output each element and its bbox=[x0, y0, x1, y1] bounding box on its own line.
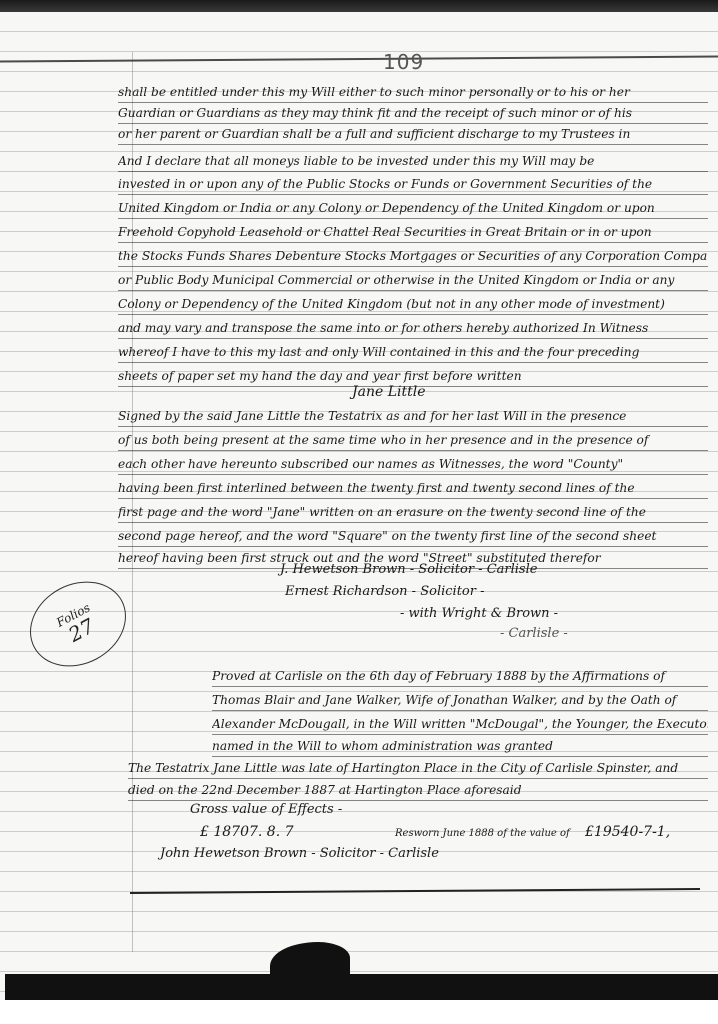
probate-line: named in the Will to whom administration… bbox=[212, 736, 708, 757]
attestation-line: each other have hereunto subscribed our … bbox=[118, 454, 708, 475]
gross-value: £ 18707. 8. 7 bbox=[200, 824, 294, 840]
body-line: or her parent or Guardian shall be a ful… bbox=[118, 124, 708, 145]
attestation-line: having been first interlined between the… bbox=[118, 478, 708, 499]
bottom-rule bbox=[130, 888, 700, 894]
body-line: shall be entitled under this my Will eit… bbox=[118, 82, 708, 103]
body-line: Freehold Copyhold Leasehold or Chattel R… bbox=[118, 222, 708, 243]
top-rule bbox=[0, 55, 718, 62]
body-line: Colony or Dependency of the United Kingd… bbox=[118, 294, 708, 315]
body-line: whereof I have to this my last and only … bbox=[118, 342, 708, 363]
witness-signature: J. Hewetson Brown - Solicitor - Carlisle bbox=[280, 562, 537, 577]
attestation-line: Signed by the said Jane Little the Testa… bbox=[118, 406, 708, 427]
solicitor-line: John Hewetson Brown - Solicitor - Carlis… bbox=[160, 846, 439, 861]
witness-firm: - with Wright & Brown - bbox=[400, 606, 558, 621]
body-line: United Kingdom or India or any Colony or… bbox=[118, 198, 708, 219]
attestation-line: of us both being present at the same tim… bbox=[118, 430, 708, 451]
document-page: 109 shall be entitled under this my Will… bbox=[0, 12, 718, 1012]
body-line: And I declare that all moneys liable to … bbox=[118, 151, 708, 172]
testatrix-line: died on the 22nd December 1887 at Hartin… bbox=[128, 780, 708, 801]
witness-location: - Carlisle - bbox=[500, 626, 568, 641]
probate-line: Proved at Carlisle on the 6th day of Feb… bbox=[212, 666, 708, 687]
scan-top-edge bbox=[0, 0, 718, 12]
body-line: and may vary and transpose the same into… bbox=[118, 318, 708, 339]
probate-line: Alexander McDougall, in the Will written… bbox=[212, 714, 708, 735]
testator-signature: Jane Little bbox=[352, 384, 426, 400]
body-line: Guardian or Guardians as they may think … bbox=[118, 103, 708, 124]
body-line: invested in or upon any of the Public St… bbox=[118, 174, 708, 195]
gross-value-label: Gross value of Effects - bbox=[190, 802, 342, 817]
attestation-line: second page hereof, and the word "Square… bbox=[118, 526, 708, 547]
probate-line: Thomas Blair and Jane Walker, Wife of Jo… bbox=[212, 690, 708, 711]
witness-signature: Ernest Richardson - Solicitor - bbox=[285, 584, 485, 599]
page-number: 109 bbox=[383, 50, 424, 74]
body-line: or Public Body Municipal Commercial or o… bbox=[118, 270, 708, 291]
body-line: the Stocks Funds Shares Debenture Stocks… bbox=[118, 246, 708, 267]
folio-stamp: Folios 27 bbox=[15, 565, 141, 683]
scan-bottom-edge bbox=[0, 1000, 718, 1024]
attestation-line: first page and the word "Jane" written o… bbox=[118, 502, 708, 523]
resworn-value: £19540-7-1, bbox=[585, 824, 670, 840]
resworn-note: Resworn June 1888 of the value of bbox=[395, 828, 570, 839]
testatrix-line: The Testatrix Jane Little was late of Ha… bbox=[128, 758, 708, 779]
